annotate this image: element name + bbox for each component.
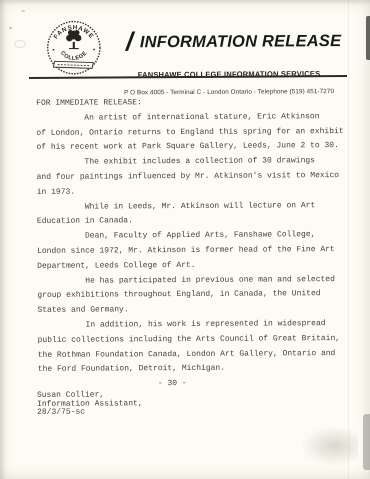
tree-icon — [66, 30, 81, 49]
seal-left-dot — [53, 49, 55, 51]
seal-right-dot — [93, 49, 95, 51]
scan-content: FANSHAWE COLLEGE / INFORMATIO — [0, 0, 370, 479]
scanned-press-release-page: FANSHAWE COLLEGE / INFORMATIO — [0, 0, 370, 479]
page-title: INFORMATION RELEASE — [140, 32, 342, 52]
title-slash-mark: / — [126, 26, 133, 57]
seal-ribbon — [53, 61, 93, 68]
release-body-text: FOR IMMEDIATE RELEASE: An artist of inte… — [36, 95, 345, 393]
signoff-block: Susan Collier, Information Assistant, 28… — [37, 391, 143, 417]
department-subtitle: FANSHAWE COLLEGE INFORMATION SERVICES — [138, 69, 321, 79]
seal-bottom-text: COLLEGE — [59, 50, 89, 62]
